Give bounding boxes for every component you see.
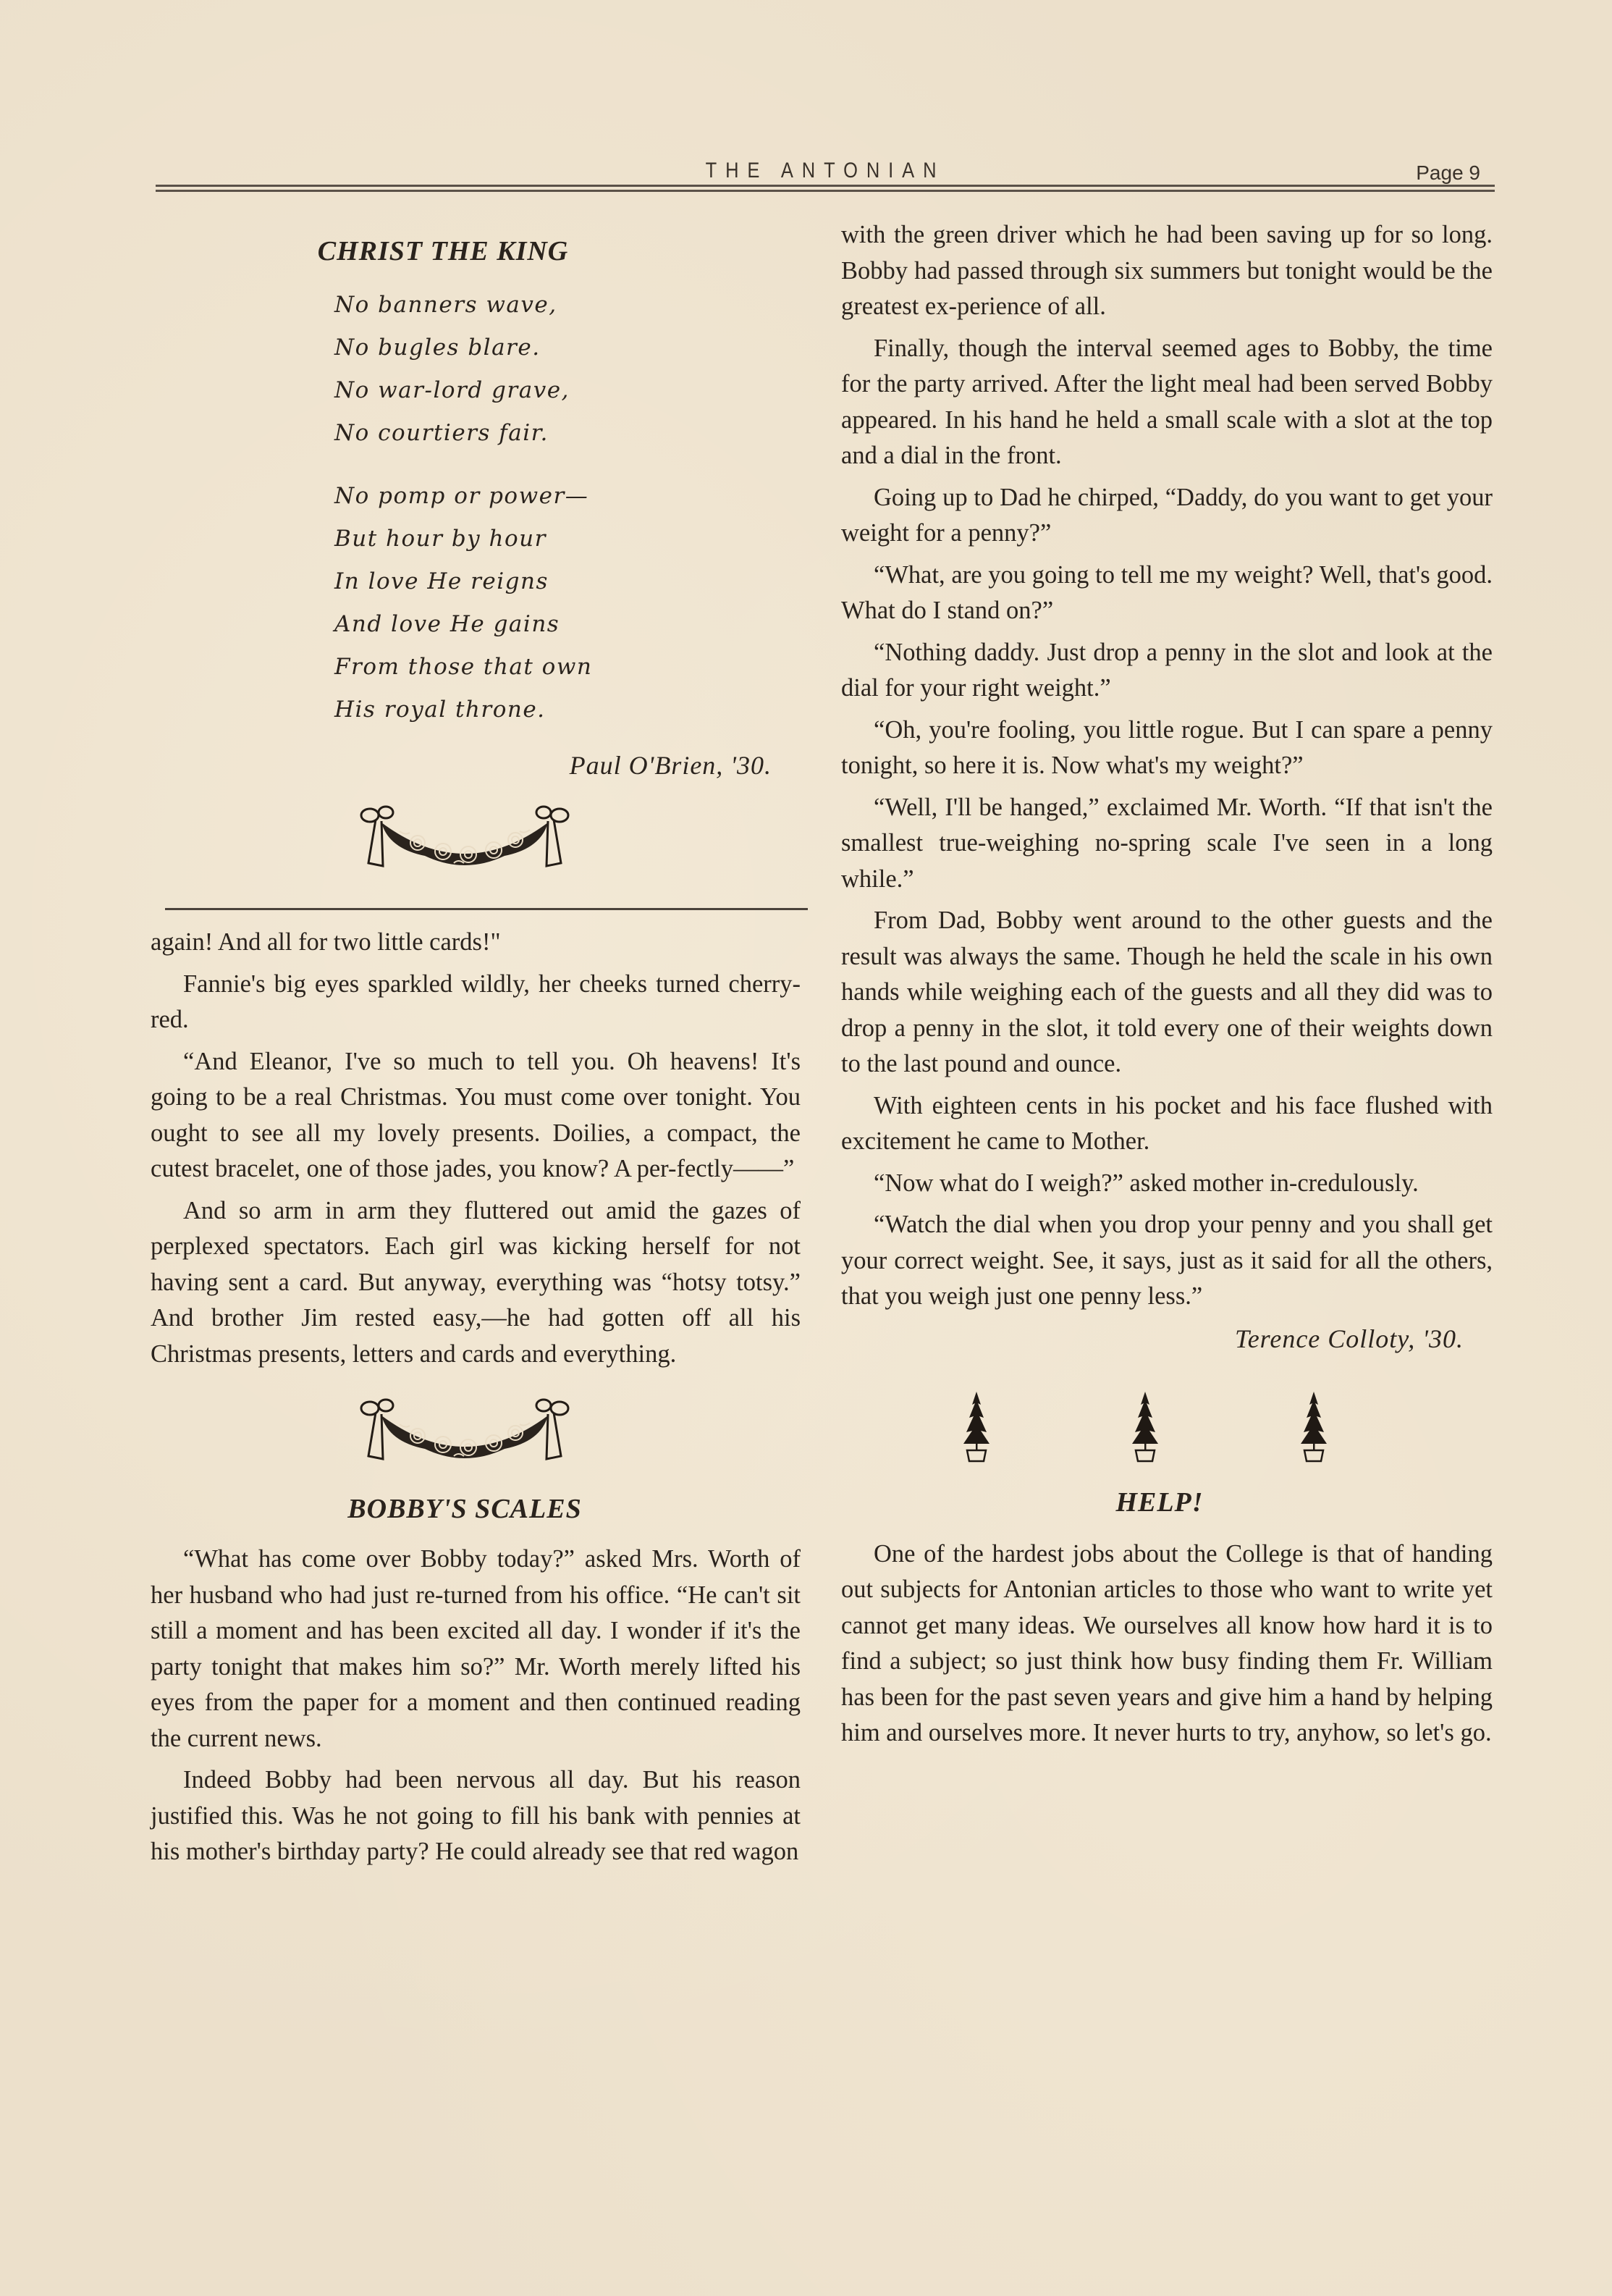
section-divider	[165, 908, 808, 910]
article-title: BOBBY'S SCALES	[151, 1491, 801, 1527]
article-paragraph: “What, are you going to tell me my weigh…	[841, 558, 1493, 629]
rose-garland-icon	[360, 805, 570, 875]
poem-line: His royal throne.	[334, 689, 801, 731]
poem-stanza: No banners wave, No bugles blare. No war…	[334, 284, 801, 455]
christmas-tree-icon	[962, 1390, 991, 1463]
header-double-rule	[156, 185, 1495, 192]
article-byline: Terence Colloty, '30.	[841, 1321, 1493, 1357]
article-paragraph: “Nothing daddy. Just drop a penny in the…	[841, 635, 1493, 707]
garland-ornament	[151, 805, 801, 875]
article-paragraph: “Watch the dial when you drop your penny…	[841, 1207, 1493, 1315]
continued-story: again! And all for two little cards!" Fa…	[151, 925, 801, 1372]
poem-line: No bugles blare.	[334, 327, 801, 369]
publication-title: THE ANTONIAN	[256, 159, 1395, 183]
poem-line: No war-lord grave,	[334, 369, 801, 412]
article-paragraph: From Dad, Bobby went around to the other…	[841, 903, 1493, 1082]
story-paragraph: again! And all for two little cards!"	[151, 925, 801, 961]
running-head: THE ANTONIAN Page 9	[156, 156, 1495, 185]
story-paragraph: And so arm in arm they fluttered out ami…	[151, 1193, 801, 1373]
left-column: CHRIST THE KING No banners wave, No bugl…	[151, 217, 801, 1876]
article-paragraph: “What has come over Bobby today?” asked …	[151, 1542, 801, 1757]
article-paragraph: with the green driver which he had been …	[841, 217, 1493, 325]
tree-ornament-row	[841, 1390, 1493, 1463]
story-paragraph: “And Eleanor, I've so much to tell you. …	[151, 1044, 801, 1187]
poem-line: No courtiers fair.	[334, 412, 801, 455]
poem-line: No banners wave,	[334, 284, 801, 327]
christmas-tree-icon	[1131, 1390, 1160, 1463]
article-paragraph: Indeed Bobby had been nervous all day. B…	[151, 1762, 801, 1870]
article-paragraph: With eighteen cents in his pocket and hi…	[841, 1088, 1493, 1160]
magazine-page: THE ANTONIAN Page 9 CHRIST THE KING No b…	[0, 0, 1612, 2296]
article-bobbys-scales-continued: with the green driver which he had been …	[841, 217, 1493, 1357]
article-paragraph: “Oh, you're fooling, you little rogue. B…	[841, 712, 1493, 784]
poem-byline: Paul O'Brien, '30.	[151, 747, 801, 783]
christmas-tree-icon	[1299, 1390, 1328, 1463]
poem-line: And love He gains	[334, 603, 801, 646]
poem-christ-the-king: CHRIST THE KING No banners wave, No bugl…	[151, 233, 801, 783]
page-number: Page 9	[1416, 161, 1480, 185]
poem-line: No pomp or power—	[334, 475, 801, 518]
article-title: HELP!	[841, 1484, 1493, 1521]
article-paragraph: One of the hardest jobs about the Colleg…	[841, 1536, 1493, 1752]
poem-body: No banners wave, No bugles blare. No war…	[151, 284, 801, 731]
article-help: HELP! One of the hardest jobs about the …	[841, 1484, 1493, 1752]
story-paragraph: Fannie's big eyes sparkled wildly, her c…	[151, 967, 801, 1038]
article-paragraph: “Well, I'll be hanged,” exclaimed Mr. Wo…	[841, 790, 1493, 898]
rose-garland-icon	[360, 1398, 570, 1468]
garland-ornament	[151, 1398, 801, 1468]
article-paragraph: Going up to Dad he chirped, “Daddy, do y…	[841, 480, 1493, 552]
poem-stanza: No pomp or power— But hour by hour In lo…	[334, 475, 801, 731]
article-paragraph: Finally, though the interval seemed ages…	[841, 331, 1493, 474]
right-column: with the green driver which he had been …	[841, 217, 1493, 1757]
poem-line: In love He reigns	[334, 560, 801, 603]
poem-line: From those that own	[334, 646, 801, 689]
article-paragraph: “Now what do I weigh?” asked mother in-c…	[841, 1166, 1493, 1202]
poem-title: CHRIST THE KING	[151, 233, 801, 269]
article-bobbys-scales: BOBBY'S SCALES “What has come over Bobby…	[151, 1491, 801, 1870]
poem-line: But hour by hour	[334, 518, 801, 560]
